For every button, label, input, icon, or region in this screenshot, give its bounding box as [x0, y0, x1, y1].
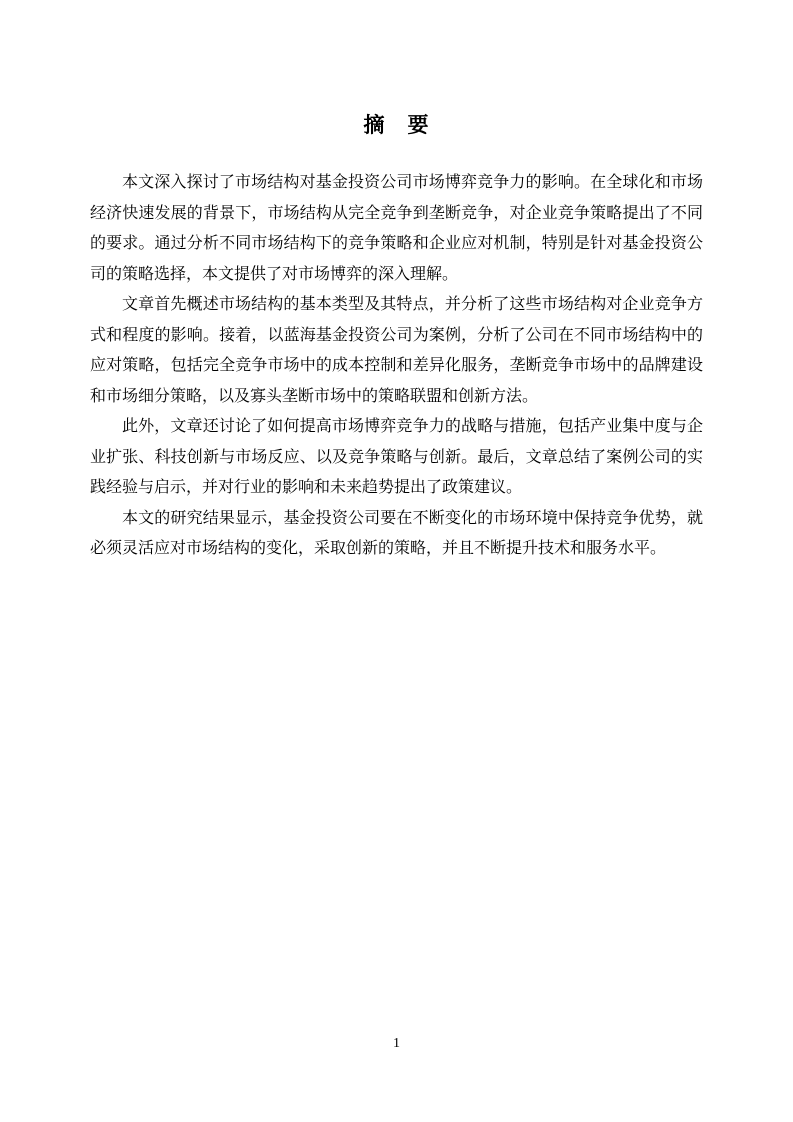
abstract-paragraph-1: 本文深入探讨了市场结构对基金投资公司市场博弈竞争力的影响。在全球化和市场经济快速…	[90, 168, 703, 290]
abstract-paragraph-3: 此外，文章还讨论了如何提高市场博弈竞争力的战略与措施，包括产业集中度与企业扩张、…	[90, 412, 703, 504]
abstract-paragraph-2: 文章首先概述市场结构的基本类型及其特点，并分析了这些市场结构对企业竞争方式和程度…	[90, 290, 703, 412]
document-page: 摘 要 本文深入探讨了市场结构对基金投资公司市场博弈竞争力的影响。在全球化和市场…	[0, 0, 793, 1122]
abstract-paragraph-4: 本文的研究结果显示，基金投资公司要在不断变化的市场环境中保持竞争优势，就必须灵活…	[90, 504, 703, 565]
abstract-body: 本文深入探讨了市场结构对基金投资公司市场博弈竞争力的影响。在全球化和市场经济快速…	[90, 168, 703, 565]
page-number: 1	[0, 1034, 793, 1054]
abstract-title: 摘 要	[90, 110, 703, 140]
